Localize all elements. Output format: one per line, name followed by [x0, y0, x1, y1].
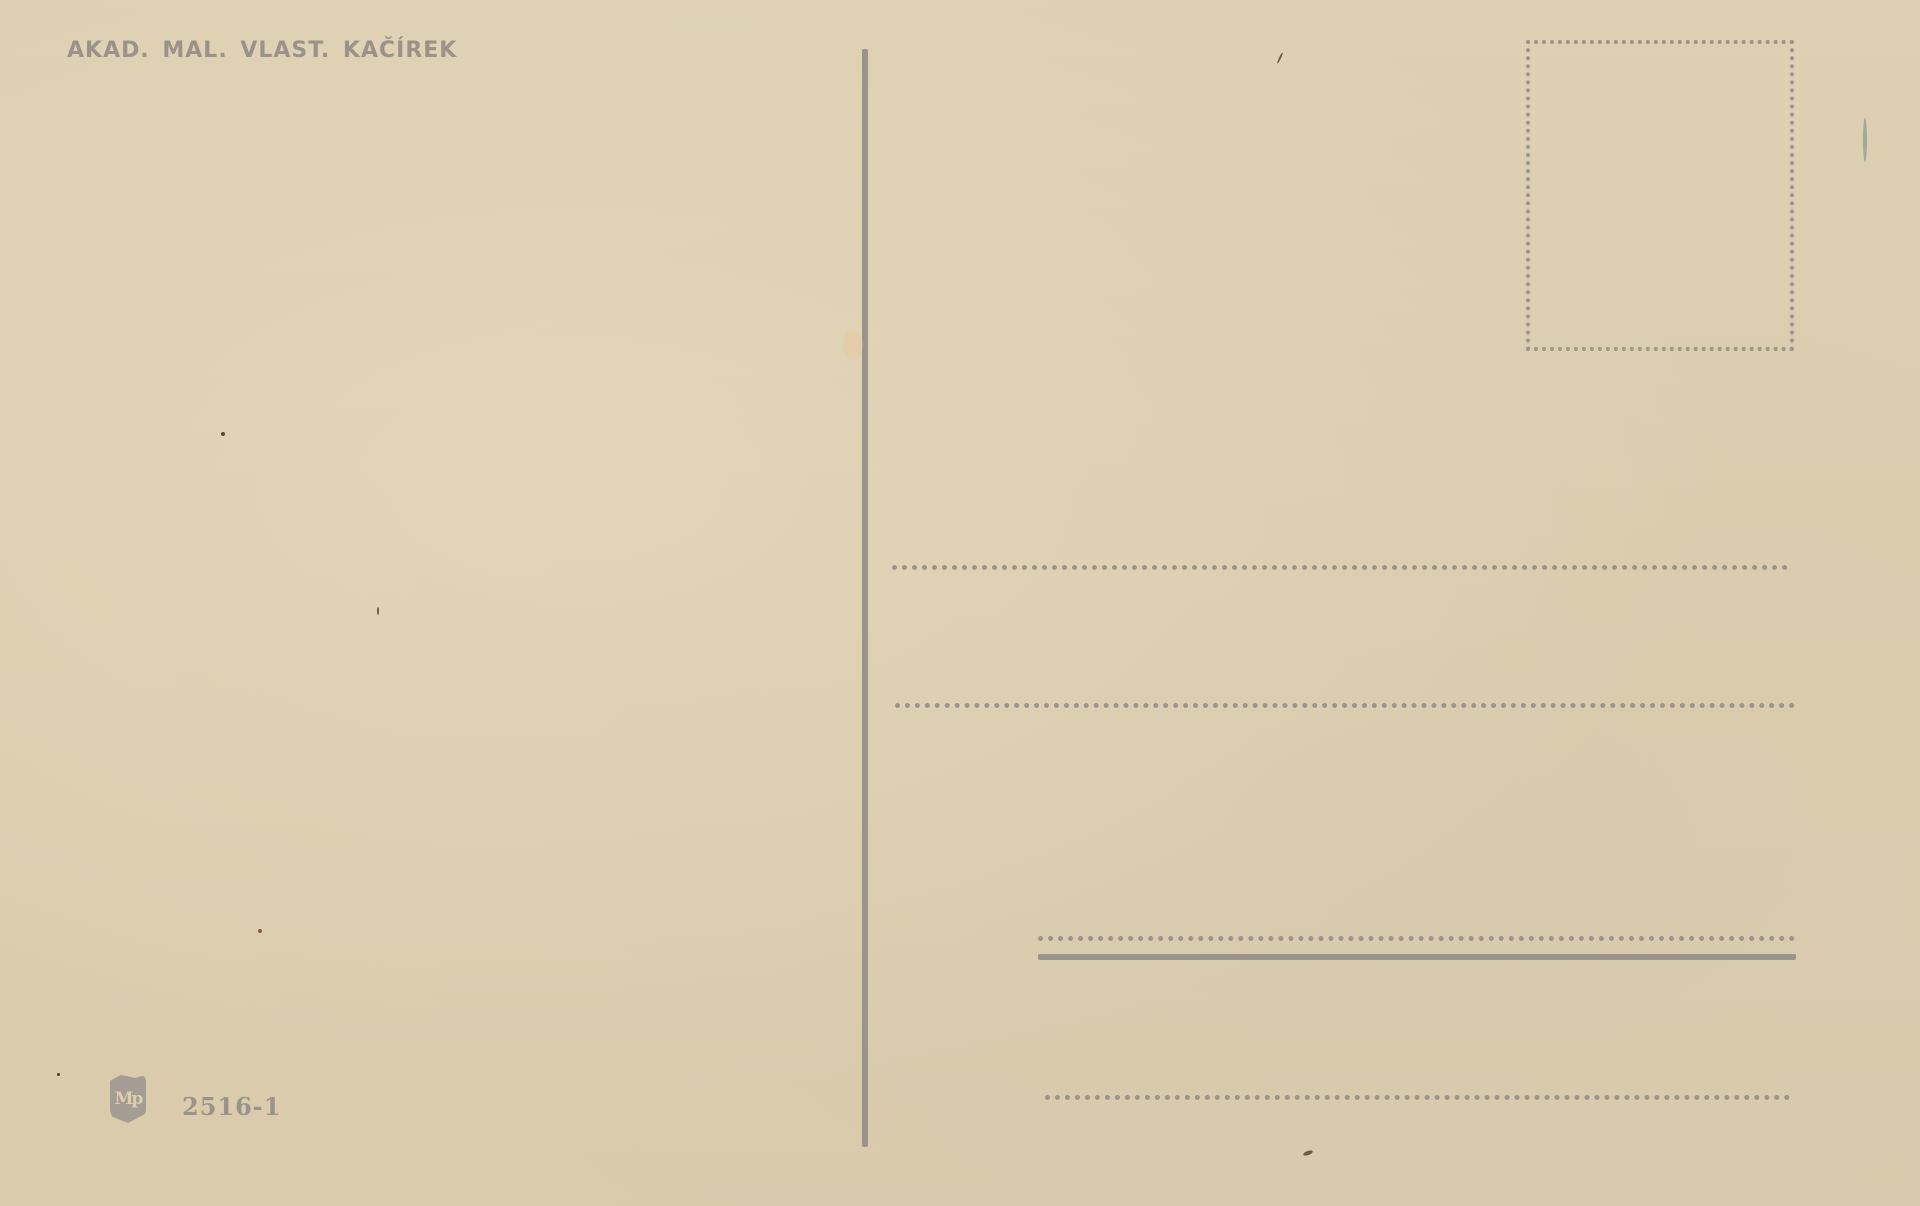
- paper-speck: [221, 432, 225, 436]
- artist-credit: AKAD. MAL. VLAST. KAČÍREK: [67, 38, 457, 63]
- address-underline-solid: [1038, 954, 1796, 960]
- postcard-back: AKAD. MAL. VLAST. KAČÍREK Mp 2516-1: [0, 0, 1920, 1206]
- center-divider-line: [862, 49, 868, 1147]
- paper-speck: [57, 1073, 60, 1076]
- paper-speck: [377, 607, 379, 615]
- serial-number: 2516-1: [182, 1092, 281, 1121]
- stamp-placeholder-box: [1526, 40, 1794, 351]
- publisher-logo-icon: Mp: [110, 1075, 146, 1123]
- paper-speck: [258, 929, 262, 933]
- paper-speck: [1863, 118, 1867, 162]
- publisher-mark: Mp 2516-1: [110, 1075, 281, 1123]
- address-line-2: [895, 703, 1795, 708]
- address-line-3: [1038, 936, 1795, 941]
- paper-speck: [1277, 52, 1284, 64]
- address-line-1: [892, 565, 1788, 570]
- paper-speck: [1303, 1149, 1314, 1156]
- address-line-4: [1045, 1095, 1790, 1100]
- paper-speck: [843, 330, 863, 360]
